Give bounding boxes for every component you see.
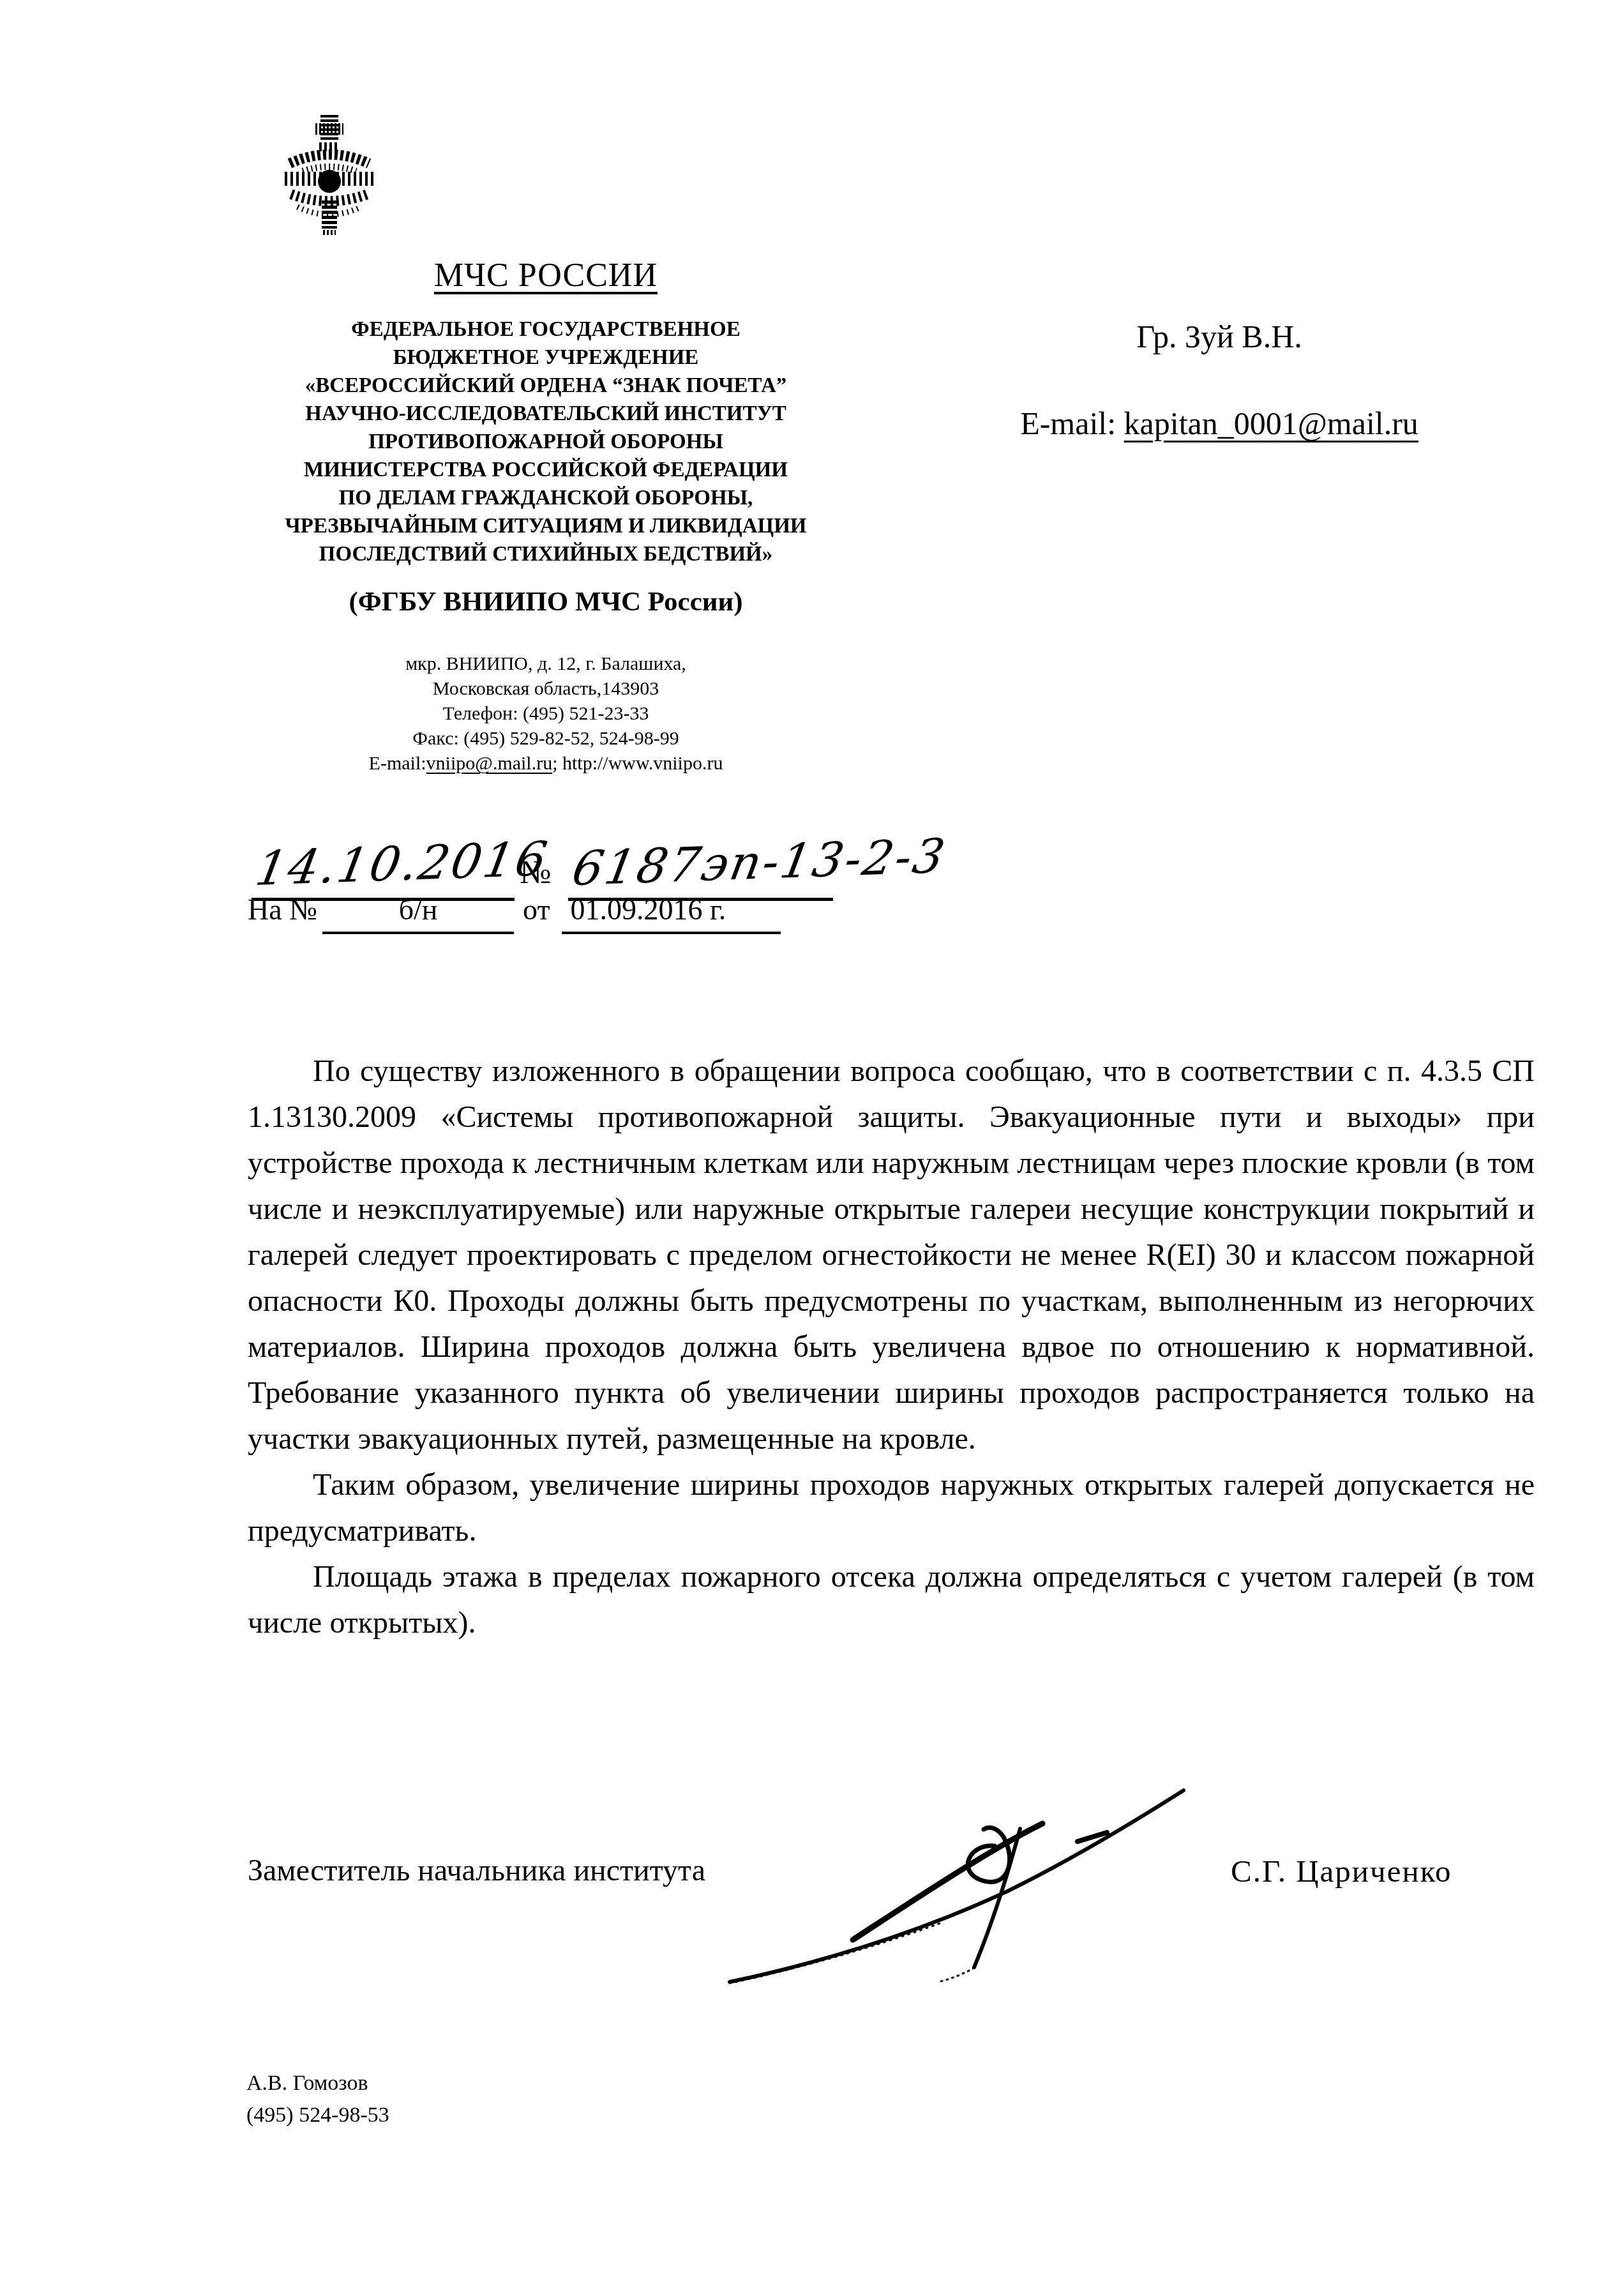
org-line: «ВСЕРОССИЙСКИЙ ОРДЕНА “ЗНАК ПОЧЕТА” <box>217 372 875 400</box>
org-line: ПО ДЕЛАМ ГРАЖДАНСКОЙ ОБОРОНЫ, <box>217 484 875 512</box>
signer-position: Заместитель начальника института <box>248 1853 705 1888</box>
org-line: ЧРЕЗВЫЧАЙНЫМ СИТУАЦИЯМ И ЛИКВИДАЦИИ <box>217 512 875 540</box>
recipient-email-line: E-mail: kapitan_0001@mail.ru <box>958 405 1481 442</box>
address-line: Московская область,143903 <box>217 676 875 701</box>
recipient-name: Гр. Зуй В.Н. <box>958 318 1481 355</box>
outgoing-number-handwritten: 6187эп-13-2-3 <box>568 829 951 896</box>
letter-page: МЧС РОССИИ ФЕДЕРАЛЬНОЕ ГОСУДАРСТВЕННОЕ Б… <box>0 0 1624 2275</box>
recipient-email-label: E-mail: <box>1020 405 1124 441</box>
address-line: Телефон: (495) 521-23-33 <box>217 701 875 726</box>
outgoing-date-handwritten: 14.10.2016 <box>252 831 553 896</box>
address-block: мкр. ВНИИПО, д. 12, г. Балашиха, Московс… <box>217 651 875 776</box>
org-line: ПРОТИВОПОЖАРНОЙ ОБОРОНЫ <box>217 428 875 456</box>
signer-name: С.Г. Цариченко <box>1231 1853 1452 1889</box>
body-paragraph: По существу изложенного в обращении вопр… <box>248 1048 1535 1462</box>
ministry-title: МЧС РОССИИ <box>217 257 875 294</box>
number-sign: № <box>520 854 552 891</box>
recipient-email-address: kapitan_0001@mail.ru <box>1124 405 1418 441</box>
org-email-link: vniipo@.mail.ru <box>426 753 553 774</box>
email-label: E-mail: <box>369 753 426 774</box>
org-line: НАУЧНО-ИССЛЕДОВАТЕЛЬСКИЙ ИНСТИТУТ <box>217 400 875 428</box>
reply-reference-line: На № б/н от 01.09.2016 г. <box>248 893 781 934</box>
signature-autograph <box>720 1779 1192 1993</box>
org-line: ФЕДЕРАЛЬНОЕ ГОСУДАРСТВЕННОЕ <box>217 315 875 344</box>
reply-date: 01.09.2016 г. <box>562 893 781 934</box>
registration-line: 14.10.2016 № 6187эп-13-2-3 <box>249 819 951 900</box>
outgoing-number-blank: 6187эп-13-2-3 <box>568 819 833 901</box>
body-paragraph: Площадь этажа в пределах пожарного отсек… <box>248 1554 1535 1646</box>
org-website: ; http://www.vniipo.ru <box>552 753 723 774</box>
letter-body: По существу изложенного в обращении вопр… <box>248 1048 1535 1646</box>
recipient-block: Гр. Зуй В.Н. E-mail: kapitan_0001@mail.r… <box>958 318 1481 442</box>
reply-number: б/н <box>322 893 514 934</box>
reply-from-label: от <box>523 893 550 926</box>
executor-phone: (495) 524-98-53 <box>246 2099 389 2131</box>
org-short-name: (ФГБУ ВНИИПО МЧС России) <box>217 586 875 617</box>
reply-prefix: На № <box>248 893 317 926</box>
org-line: ПОСЛЕДСТВИЙ СТИХИЙНЫХ БЕДСТВИЙ» <box>217 540 875 568</box>
body-paragraph: Таким образом, увеличение ширины проходо… <box>248 1462 1535 1554</box>
mchs-emblem-icon <box>278 110 380 238</box>
executor-name: А.В. Гомозов <box>246 2067 389 2099</box>
address-line: Факс: (495) 529-82-52, 524-98-99 <box>217 726 875 751</box>
executor-block: А.В. Гомозов (495) 524-98-53 <box>246 2067 389 2131</box>
organization-name: ФЕДЕРАЛЬНОЕ ГОСУДАРСТВЕННОЕ БЮДЖЕТНОЕ УЧ… <box>217 315 875 568</box>
org-line: МИНИСТЕРСТВА РОССИЙСКОЙ ФЕДЕРАЦИИ <box>217 456 875 484</box>
address-line: мкр. ВНИИПО, д. 12, г. Балашиха, <box>217 651 875 676</box>
address-email-line: E-mail:vniipo@.mail.ru; http://www.vniip… <box>217 751 875 776</box>
outgoing-date-blank: 14.10.2016 <box>252 819 515 901</box>
org-line: БЮДЖЕТНОЕ УЧРЕЖДЕНИЕ <box>217 344 875 372</box>
